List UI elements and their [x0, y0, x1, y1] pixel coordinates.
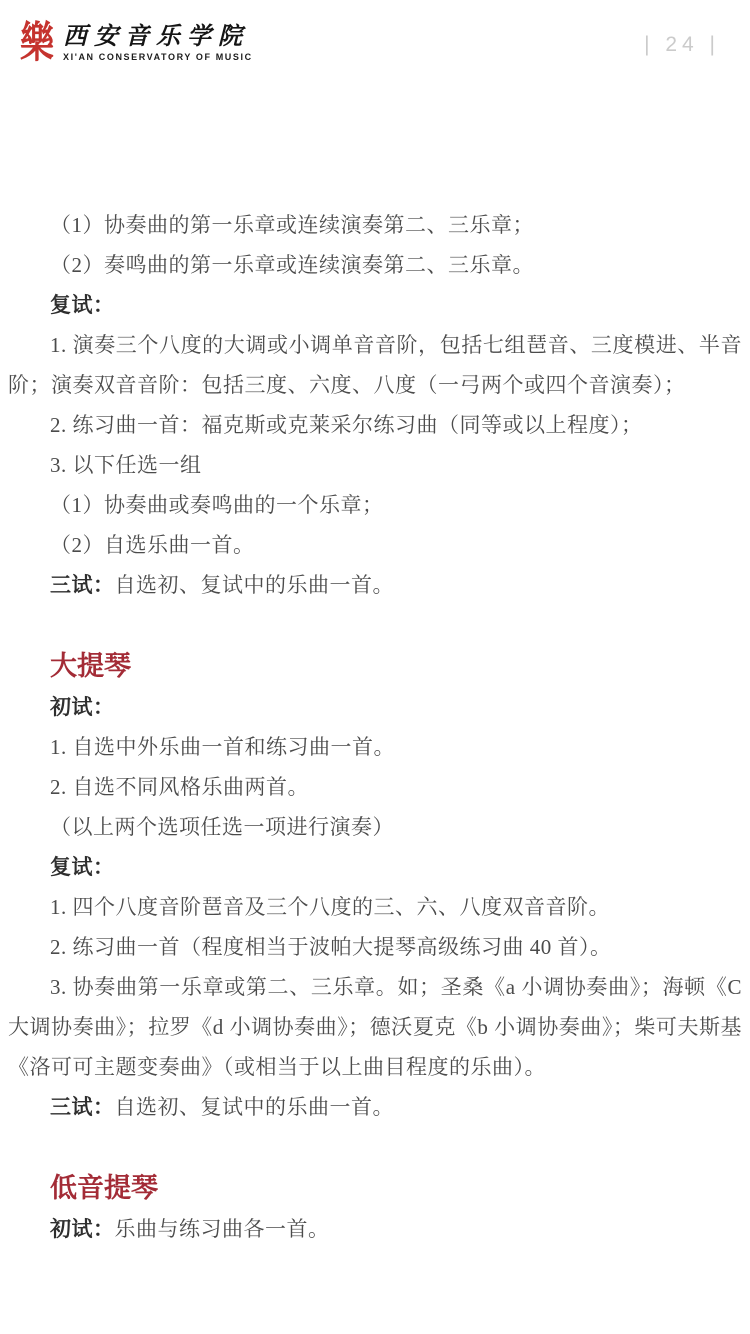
paragraph: 2. 练习曲一首（程度相当于波帕大提琴高级练习曲 40 首）。: [8, 927, 742, 967]
paragraph: 1. 演奏三个八度的大调或小调单音音阶，包括七组琶音、三度模进、半音阶；演奏双音…: [8, 325, 742, 405]
section-heading-double-bass: 低音提琴: [8, 1167, 742, 1209]
round-label: 复试：: [8, 285, 742, 325]
round-label: 初试：: [50, 1217, 115, 1241]
paragraph-text: 乐曲与练习曲各一首。: [115, 1217, 330, 1241]
paragraph-text: 自选初、复试中的乐曲一首。: [115, 573, 395, 597]
paragraph: 三试：自选初、复试中的乐曲一首。: [8, 565, 742, 605]
paragraph: 初试：乐曲与练习曲各一首。: [8, 1209, 742, 1249]
document-page: { "page": { "number_display": "| 24 |" }…: [0, 0, 750, 1334]
paragraph: （1）协奏曲或奏鸣曲的一个乐章；: [8, 485, 742, 525]
round-label: 三试：: [50, 573, 115, 597]
document-body: （1）协奏曲的第一乐章或连续演奏第二、三乐章； （2）奏鸣曲的第一乐章或连续演奏…: [0, 0, 750, 1249]
paragraph: 2. 自选不同风格乐曲两首。: [8, 767, 742, 807]
paragraph-text: 自选初、复试中的乐曲一首。: [115, 1095, 395, 1119]
round-label: 三试：: [50, 1095, 115, 1119]
paragraph: （1）协奏曲的第一乐章或连续演奏第二、三乐章；: [8, 205, 742, 245]
paragraph: （2）自选乐曲一首。: [8, 525, 742, 565]
paragraph: 三试：自选初、复试中的乐曲一首。: [8, 1087, 742, 1127]
paragraph: 1. 自选中外乐曲一首和练习曲一首。: [8, 727, 742, 767]
paragraph: （以上两个选项任选一项进行演奏）: [8, 807, 742, 847]
round-label: 初试：: [8, 687, 742, 727]
paragraph: 1. 四个八度音阶琶音及三个八度的三、六、八度双音音阶。: [8, 887, 742, 927]
section-heading-cello: 大提琴: [8, 645, 742, 687]
paragraph: 2. 练习曲一首：福克斯或克莱采尔练习曲（同等或以上程度）；: [8, 405, 742, 445]
round-label: 复试：: [8, 847, 742, 887]
paragraph: 3. 以下任选一组: [8, 445, 742, 485]
paragraph: 3. 协奏曲第一乐章或第二、三乐章。如；圣桑《a 小调协奏曲》；海顿《C 大调协…: [8, 967, 742, 1087]
paragraph: （2）奏鸣曲的第一乐章或连续演奏第二、三乐章。: [8, 245, 742, 285]
